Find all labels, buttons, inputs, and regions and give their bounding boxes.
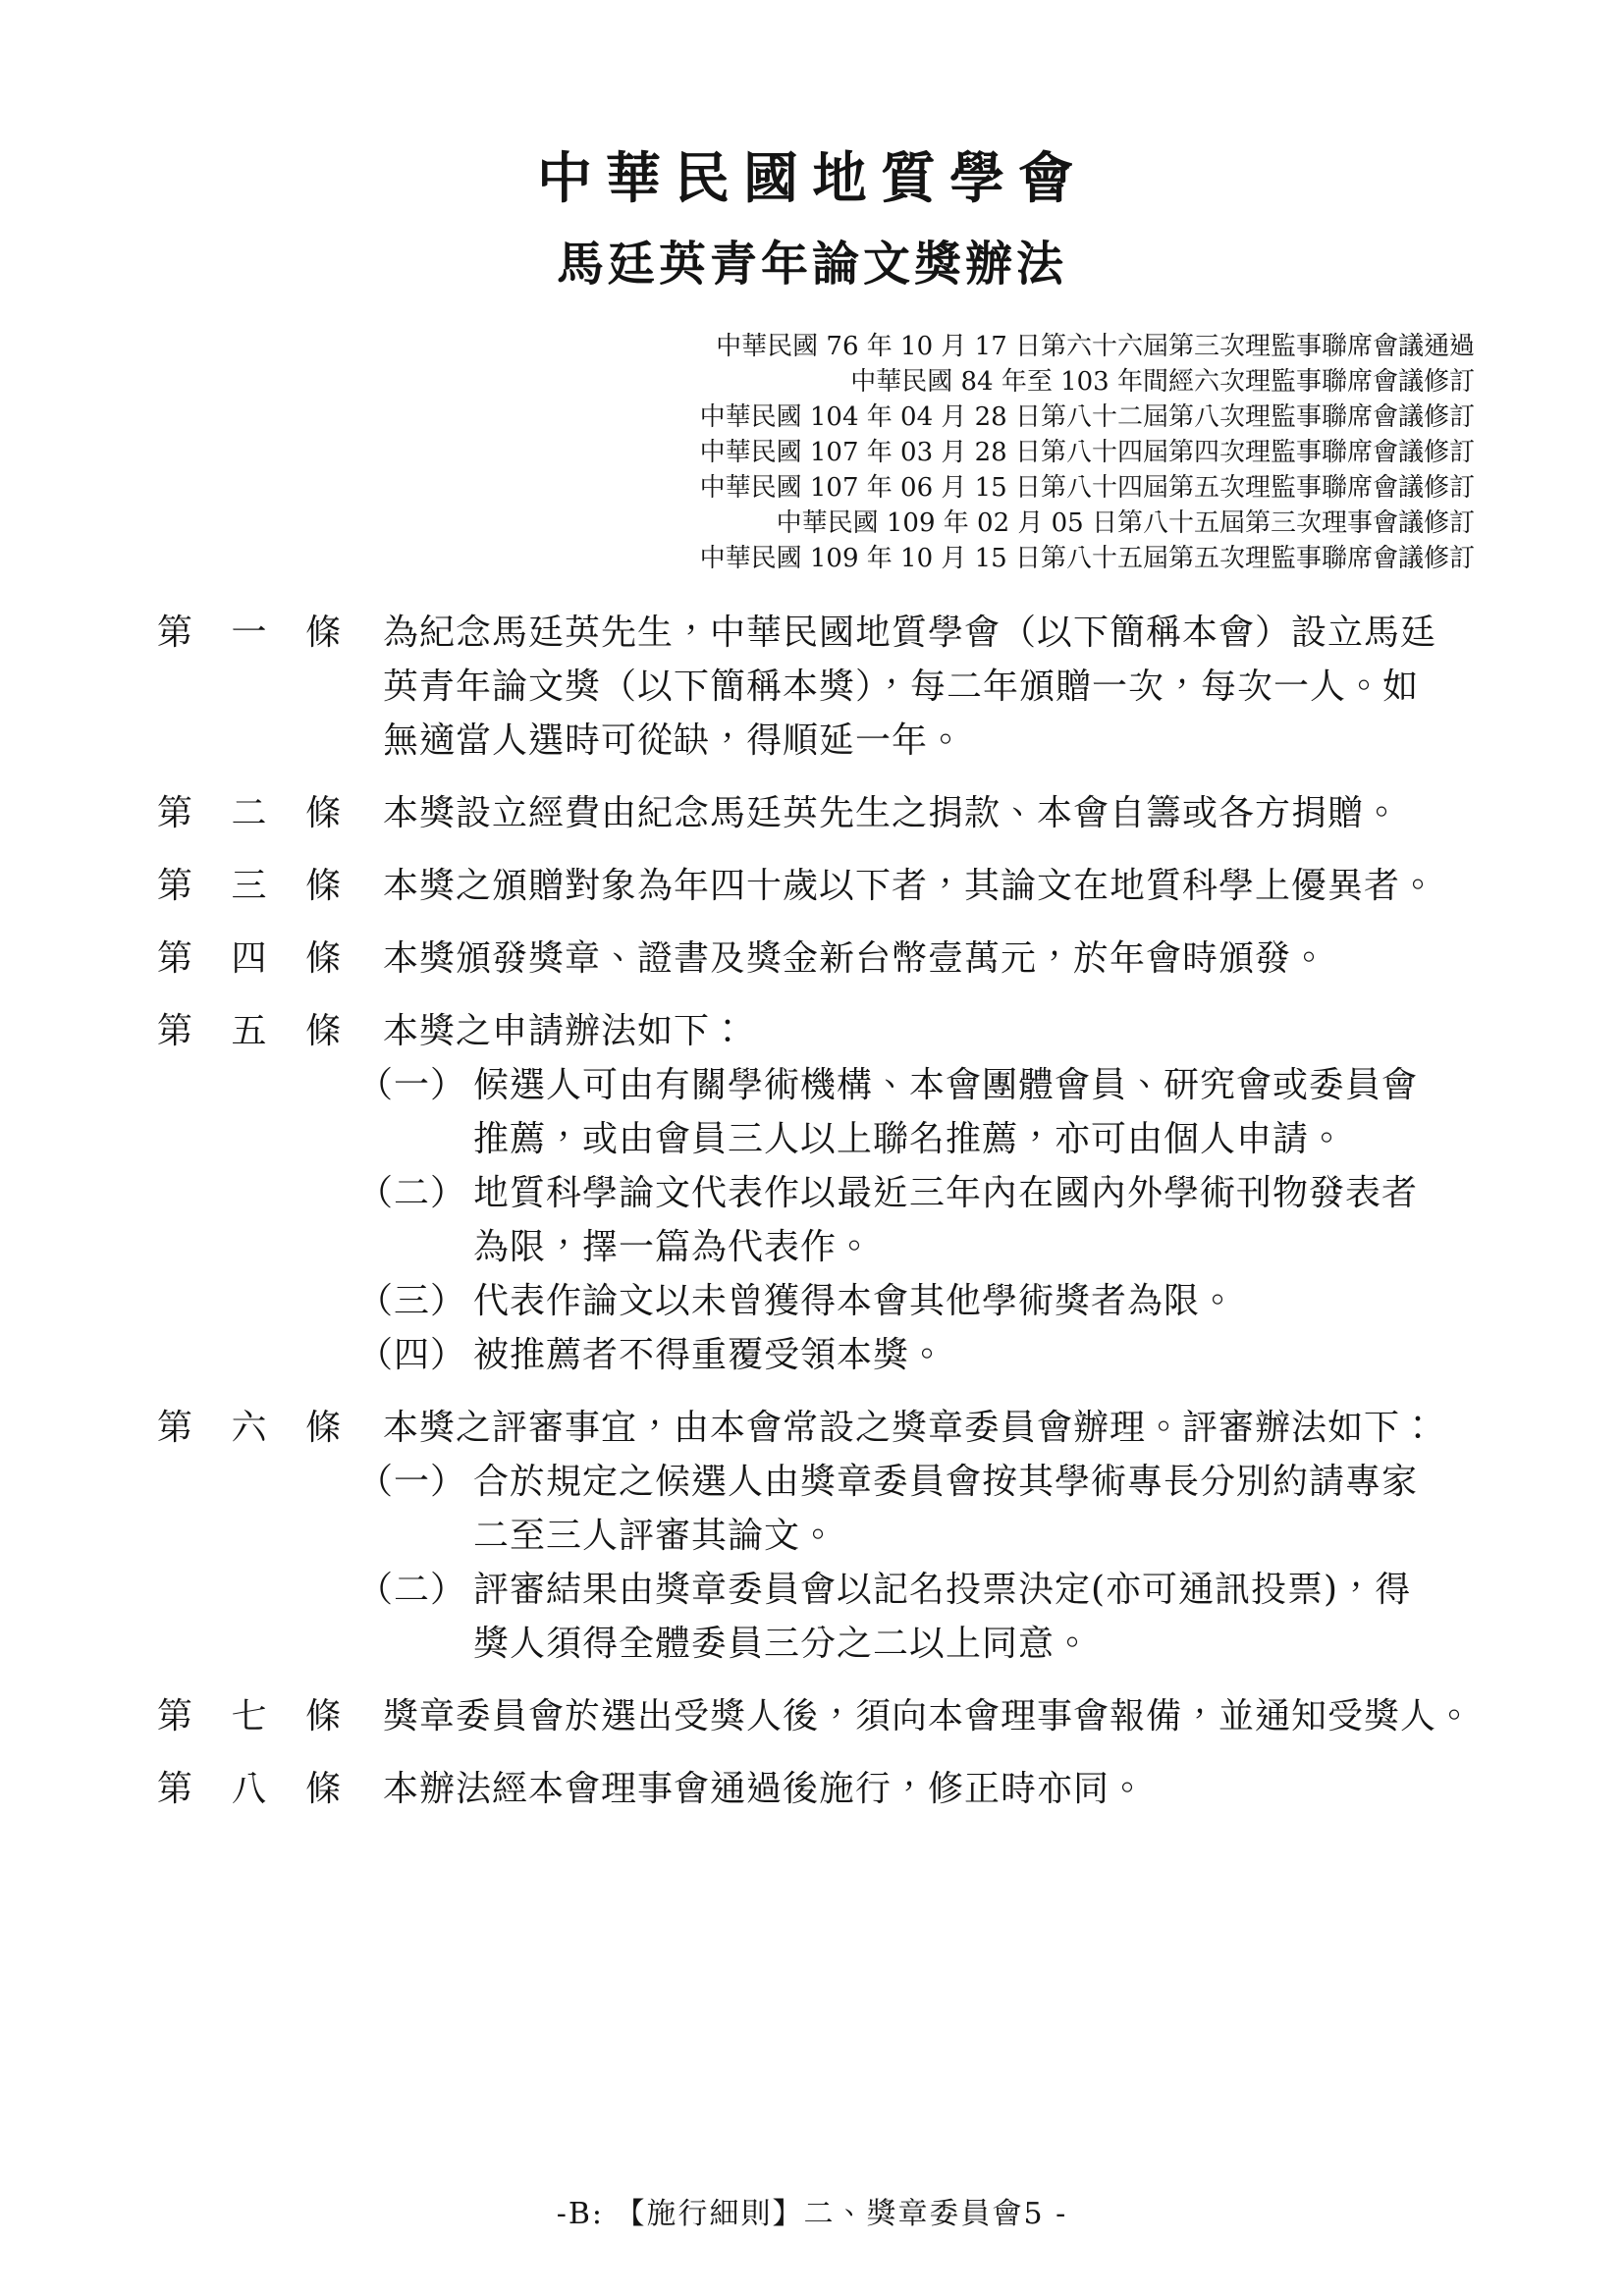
- article-content: 本獎之評審事宜，由本會常設之獎章委員會辦理。評審辦法如下： （一） 合於規定之候…: [383, 1401, 1508, 1671]
- revision-history-list: 中華民國 76 年 10 月 17 日第六十六屆第三次理監事聯席會議通過 中華民…: [0, 329, 1624, 576]
- article-label-prefix: 第: [157, 932, 193, 986]
- article-label-prefix: 第: [157, 786, 193, 840]
- article-label: 第 一 條: [157, 606, 342, 660]
- document-page: 中華民國地質學會 馬廷英青年論文獎辦法 中華民國 76 年 10 月 17 日第…: [0, 0, 1624, 2296]
- revision-item: 中華民國 76 年 10 月 17 日第六十六屆第三次理監事聯席會議通過: [0, 329, 1475, 364]
- article-label-prefix: 第: [157, 1401, 193, 1455]
- article-label: 第 七 條: [157, 1689, 342, 1743]
- article-label-prefix: 第: [157, 1004, 193, 1058]
- articles-section: 第 一 條 為紀念馬廷英先生，中華民國地質學會（以下簡稱本會）設立馬廷 英青年論…: [157, 606, 1508, 1816]
- article-label: 第 二 條: [157, 786, 342, 840]
- article-label-suffix: 條: [305, 859, 342, 913]
- item-marker: （二）: [357, 1563, 473, 1617]
- article-1: 第 一 條 為紀念馬廷英先生，中華民國地質學會（以下簡稱本會）設立馬廷 英青年論…: [157, 606, 1508, 768]
- article-text: 本獎頒發獎章、證書及獎金新台幣壹萬元，於年會時頒發。: [383, 932, 1508, 986]
- article-label-suffix: 條: [305, 606, 342, 660]
- item-text: 合於規定之候選人由獎章委員會按其學術專長分別約請專家 二至三人評審其論文。: [473, 1455, 1508, 1563]
- page-footer: -B: 【施行細則】二、獎章委員會5 -: [0, 2189, 1624, 2232]
- article-label-number: 八: [231, 1762, 267, 1816]
- article-label-number: 六: [231, 1401, 267, 1455]
- revision-item: 中華民國 107 年 03 月 28 日第八十四屆第四次理監事聯席會議修訂: [0, 435, 1475, 470]
- article-2: 第 二 條 本獎設立經費由紀念馬廷英先生之捐款、本會自籌或各方捐贈。: [157, 786, 1508, 840]
- article-item-list: （一） 候選人可由有關學術機構、本會團體會員、研究會或委員會 推薦，或由會員三人…: [357, 1058, 1508, 1382]
- revision-item: 中華民國 109 年 02 月 05 日第八十五屆第三次理事會議修訂: [0, 506, 1475, 541]
- article-label-prefix: 第: [157, 1762, 193, 1816]
- page-subtitle: 馬廷英青年論文獎辦法: [0, 235, 1624, 294]
- article-8: 第 八 條 本辦法經本會理事會通過後施行，修正時亦同。: [157, 1762, 1508, 1816]
- article-item: （四） 被推薦者不得重覆受領本獎。: [357, 1328, 1508, 1382]
- revision-item: 中華民國 84 年至 103 年間經六次理監事聯席會議修訂: [0, 364, 1475, 400]
- item-text: 評審結果由獎章委員會以記名投票決定(亦可通訊投票)，得 獎人須得全體委員三分之二…: [473, 1563, 1508, 1671]
- item-text: 地質科學論文代表作以最近三年內在國內外學術刊物發表者 為限，擇一篇為代表作。: [473, 1166, 1508, 1274]
- item-marker: （一）: [357, 1058, 473, 1112]
- revision-item: 中華民國 107 年 06 月 15 日第八十四屆第五次理監事聯席會議修訂: [0, 470, 1475, 506]
- item-text: 代表作論文以未曾獲得本會其他學術獎者為限。: [473, 1274, 1508, 1328]
- item-text: 被推薦者不得重覆受領本獎。: [473, 1328, 1508, 1382]
- article-label: 第 四 條: [157, 932, 342, 986]
- item-marker: （二）: [357, 1166, 473, 1220]
- article-content: 本獎之頒贈對象為年四十歲以下者，其論文在地質科學上優異者。: [383, 859, 1508, 913]
- article-text: 獎章委員會於選出受獎人後，須向本會理事會報備，並通知受獎人。: [383, 1689, 1508, 1743]
- article-label-suffix: 條: [305, 932, 342, 986]
- article-6: 第 六 條 本獎之評審事宜，由本會常設之獎章委員會辦理。評審辦法如下： （一） …: [157, 1401, 1508, 1671]
- revision-item: 中華民國 104 年 04 月 28 日第八十二屆第八次理監事聯席會議修訂: [0, 400, 1475, 435]
- article-label-number: 三: [231, 859, 267, 913]
- article-item: （三） 代表作論文以未曾獲得本會其他學術獎者為限。: [357, 1274, 1508, 1328]
- article-content: 獎章委員會於選出受獎人後，須向本會理事會報備，並通知受獎人。: [383, 1689, 1508, 1743]
- article-label-prefix: 第: [157, 859, 193, 913]
- article-content: 本獎設立經費由紀念馬廷英先生之捐款、本會自籌或各方捐贈。: [383, 786, 1508, 840]
- article-item: （二） 地質科學論文代表作以最近三年內在國內外學術刊物發表者 為限，擇一篇為代表…: [357, 1166, 1508, 1274]
- article-content: 本辦法經本會理事會通過後施行，修正時亦同。: [383, 1762, 1508, 1816]
- article-item: （二） 評審結果由獎章委員會以記名投票決定(亦可通訊投票)，得 獎人須得全體委員…: [357, 1563, 1508, 1671]
- article-label-suffix: 條: [305, 786, 342, 840]
- revision-item: 中華民國 109 年 10 月 15 日第八十五屆第五次理監事聯席會議修訂: [0, 541, 1475, 576]
- article-label-number: 七: [231, 1689, 267, 1743]
- article-label-number: 五: [231, 1004, 267, 1058]
- item-marker: （一）: [357, 1455, 473, 1509]
- article-text: 本獎設立經費由紀念馬廷英先生之捐款、本會自籌或各方捐贈。: [383, 786, 1508, 840]
- article-content: 本獎頒發獎章、證書及獎金新台幣壹萬元，於年會時頒發。: [383, 932, 1508, 986]
- article-text: 為紀念馬廷英先生，中華民國地質學會（以下簡稱本會）設立馬廷 英青年論文獎（以下簡…: [383, 606, 1508, 768]
- item-marker: （四）: [357, 1328, 473, 1382]
- article-text: 本獎之申請辦法如下：: [383, 1004, 1508, 1058]
- article-label-number: 一: [231, 606, 267, 660]
- article-content: 為紀念馬廷英先生，中華民國地質學會（以下簡稱本會）設立馬廷 英青年論文獎（以下簡…: [383, 606, 1508, 768]
- article-label: 第 五 條: [157, 1004, 342, 1058]
- article-3: 第 三 條 本獎之頒贈對象為年四十歲以下者，其論文在地質科學上優異者。: [157, 859, 1508, 913]
- article-item: （一） 候選人可由有關學術機構、本會團體會員、研究會或委員會 推薦，或由會員三人…: [357, 1058, 1508, 1166]
- article-label-suffix: 條: [305, 1689, 342, 1743]
- article-label-suffix: 條: [305, 1762, 342, 1816]
- article-text: 本獎之頒贈對象為年四十歲以下者，其論文在地質科學上優異者。: [383, 859, 1508, 913]
- article-content: 本獎之申請辦法如下： （一） 候選人可由有關學術機構、本會團體會員、研究會或委員…: [383, 1004, 1508, 1382]
- page-title: 中華民國地質學會: [0, 143, 1624, 215]
- article-label: 第 三 條: [157, 859, 342, 913]
- article-text: 本辦法經本會理事會通過後施行，修正時亦同。: [383, 1762, 1508, 1816]
- article-label-suffix: 條: [305, 1401, 342, 1455]
- article-item: （一） 合於規定之候選人由獎章委員會按其學術專長分別約請專家 二至三人評審其論文…: [357, 1455, 1508, 1563]
- item-text: 候選人可由有關學術機構、本會團體會員、研究會或委員會 推薦，或由會員三人以上聯名…: [473, 1058, 1508, 1166]
- article-label-prefix: 第: [157, 606, 193, 660]
- article-label-number: 二: [231, 786, 267, 840]
- article-label-number: 四: [231, 932, 267, 986]
- document-header: 中華民國地質學會 馬廷英青年論文獎辦法: [0, 0, 1624, 294]
- item-marker: （三）: [357, 1274, 473, 1328]
- article-4: 第 四 條 本獎頒發獎章、證書及獎金新台幣壹萬元，於年會時頒發。: [157, 932, 1508, 986]
- article-label: 第 八 條: [157, 1762, 342, 1816]
- article-label-suffix: 條: [305, 1004, 342, 1058]
- article-label: 第 六 條: [157, 1401, 342, 1455]
- article-5: 第 五 條 本獎之申請辦法如下： （一） 候選人可由有關學術機構、本會團體會員、…: [157, 1004, 1508, 1382]
- article-text: 本獎之評審事宜，由本會常設之獎章委員會辦理。評審辦法如下：: [383, 1401, 1508, 1455]
- article-label-prefix: 第: [157, 1689, 193, 1743]
- article-item-list: （一） 合於規定之候選人由獎章委員會按其學術專長分別約請專家 二至三人評審其論文…: [357, 1455, 1508, 1671]
- article-7: 第 七 條 獎章委員會於選出受獎人後，須向本會理事會報備，並通知受獎人。: [157, 1689, 1508, 1743]
